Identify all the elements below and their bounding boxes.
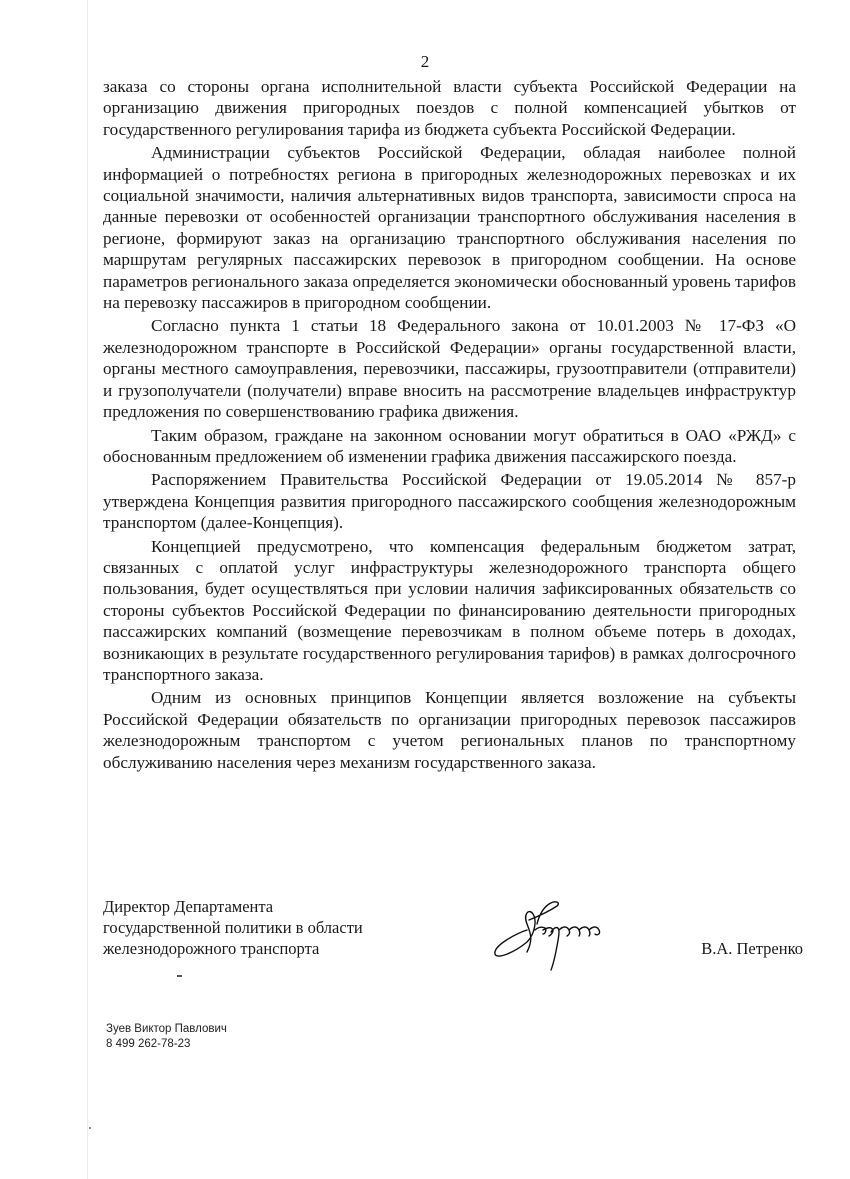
paragraph-5: Распоряжением Правительства Российской Ф… bbox=[103, 469, 796, 533]
contact-info: Зуев Виктор Павлович 8 499 262-78-23 bbox=[106, 1022, 227, 1052]
page-number: 2 bbox=[0, 52, 850, 72]
signatory-title-line-1: Директор Департамента bbox=[103, 896, 443, 917]
signature-block: Директор Департамента государственной по… bbox=[103, 896, 803, 966]
scan-mark bbox=[177, 975, 182, 977]
scan-edge-line bbox=[87, 0, 88, 1179]
letter-body: заказа со стороны органа исполнительной … bbox=[103, 76, 796, 775]
contact-name: Зуев Виктор Павлович bbox=[106, 1022, 227, 1037]
paragraph-1: заказа со стороны органа исполнительной … bbox=[103, 76, 796, 140]
paragraph-3: Согласно пункта 1 статьи 18 Федерального… bbox=[103, 315, 796, 422]
signatory-name: В.А. Петренко bbox=[701, 938, 803, 959]
handwritten-signature-icon bbox=[475, 890, 675, 980]
scan-dot bbox=[89, 1127, 91, 1129]
signatory-title-line-3: железнодорожного транспорта bbox=[103, 938, 443, 959]
signatory-title-line-2: государственной политики в области bbox=[103, 917, 443, 938]
paragraph-2: Администрации субъектов Российской Федер… bbox=[103, 142, 796, 313]
contact-phone: 8 499 262-78-23 bbox=[106, 1037, 227, 1052]
paragraph-6: Концепцией предусмотрено, что компенсаци… bbox=[103, 536, 796, 686]
paragraph-4: Таким образом, граждане на законном осно… bbox=[103, 425, 796, 468]
paragraph-7: Одним из основных принципов Концепции яв… bbox=[103, 687, 796, 773]
signatory-title: Директор Департамента государственной по… bbox=[103, 896, 443, 959]
